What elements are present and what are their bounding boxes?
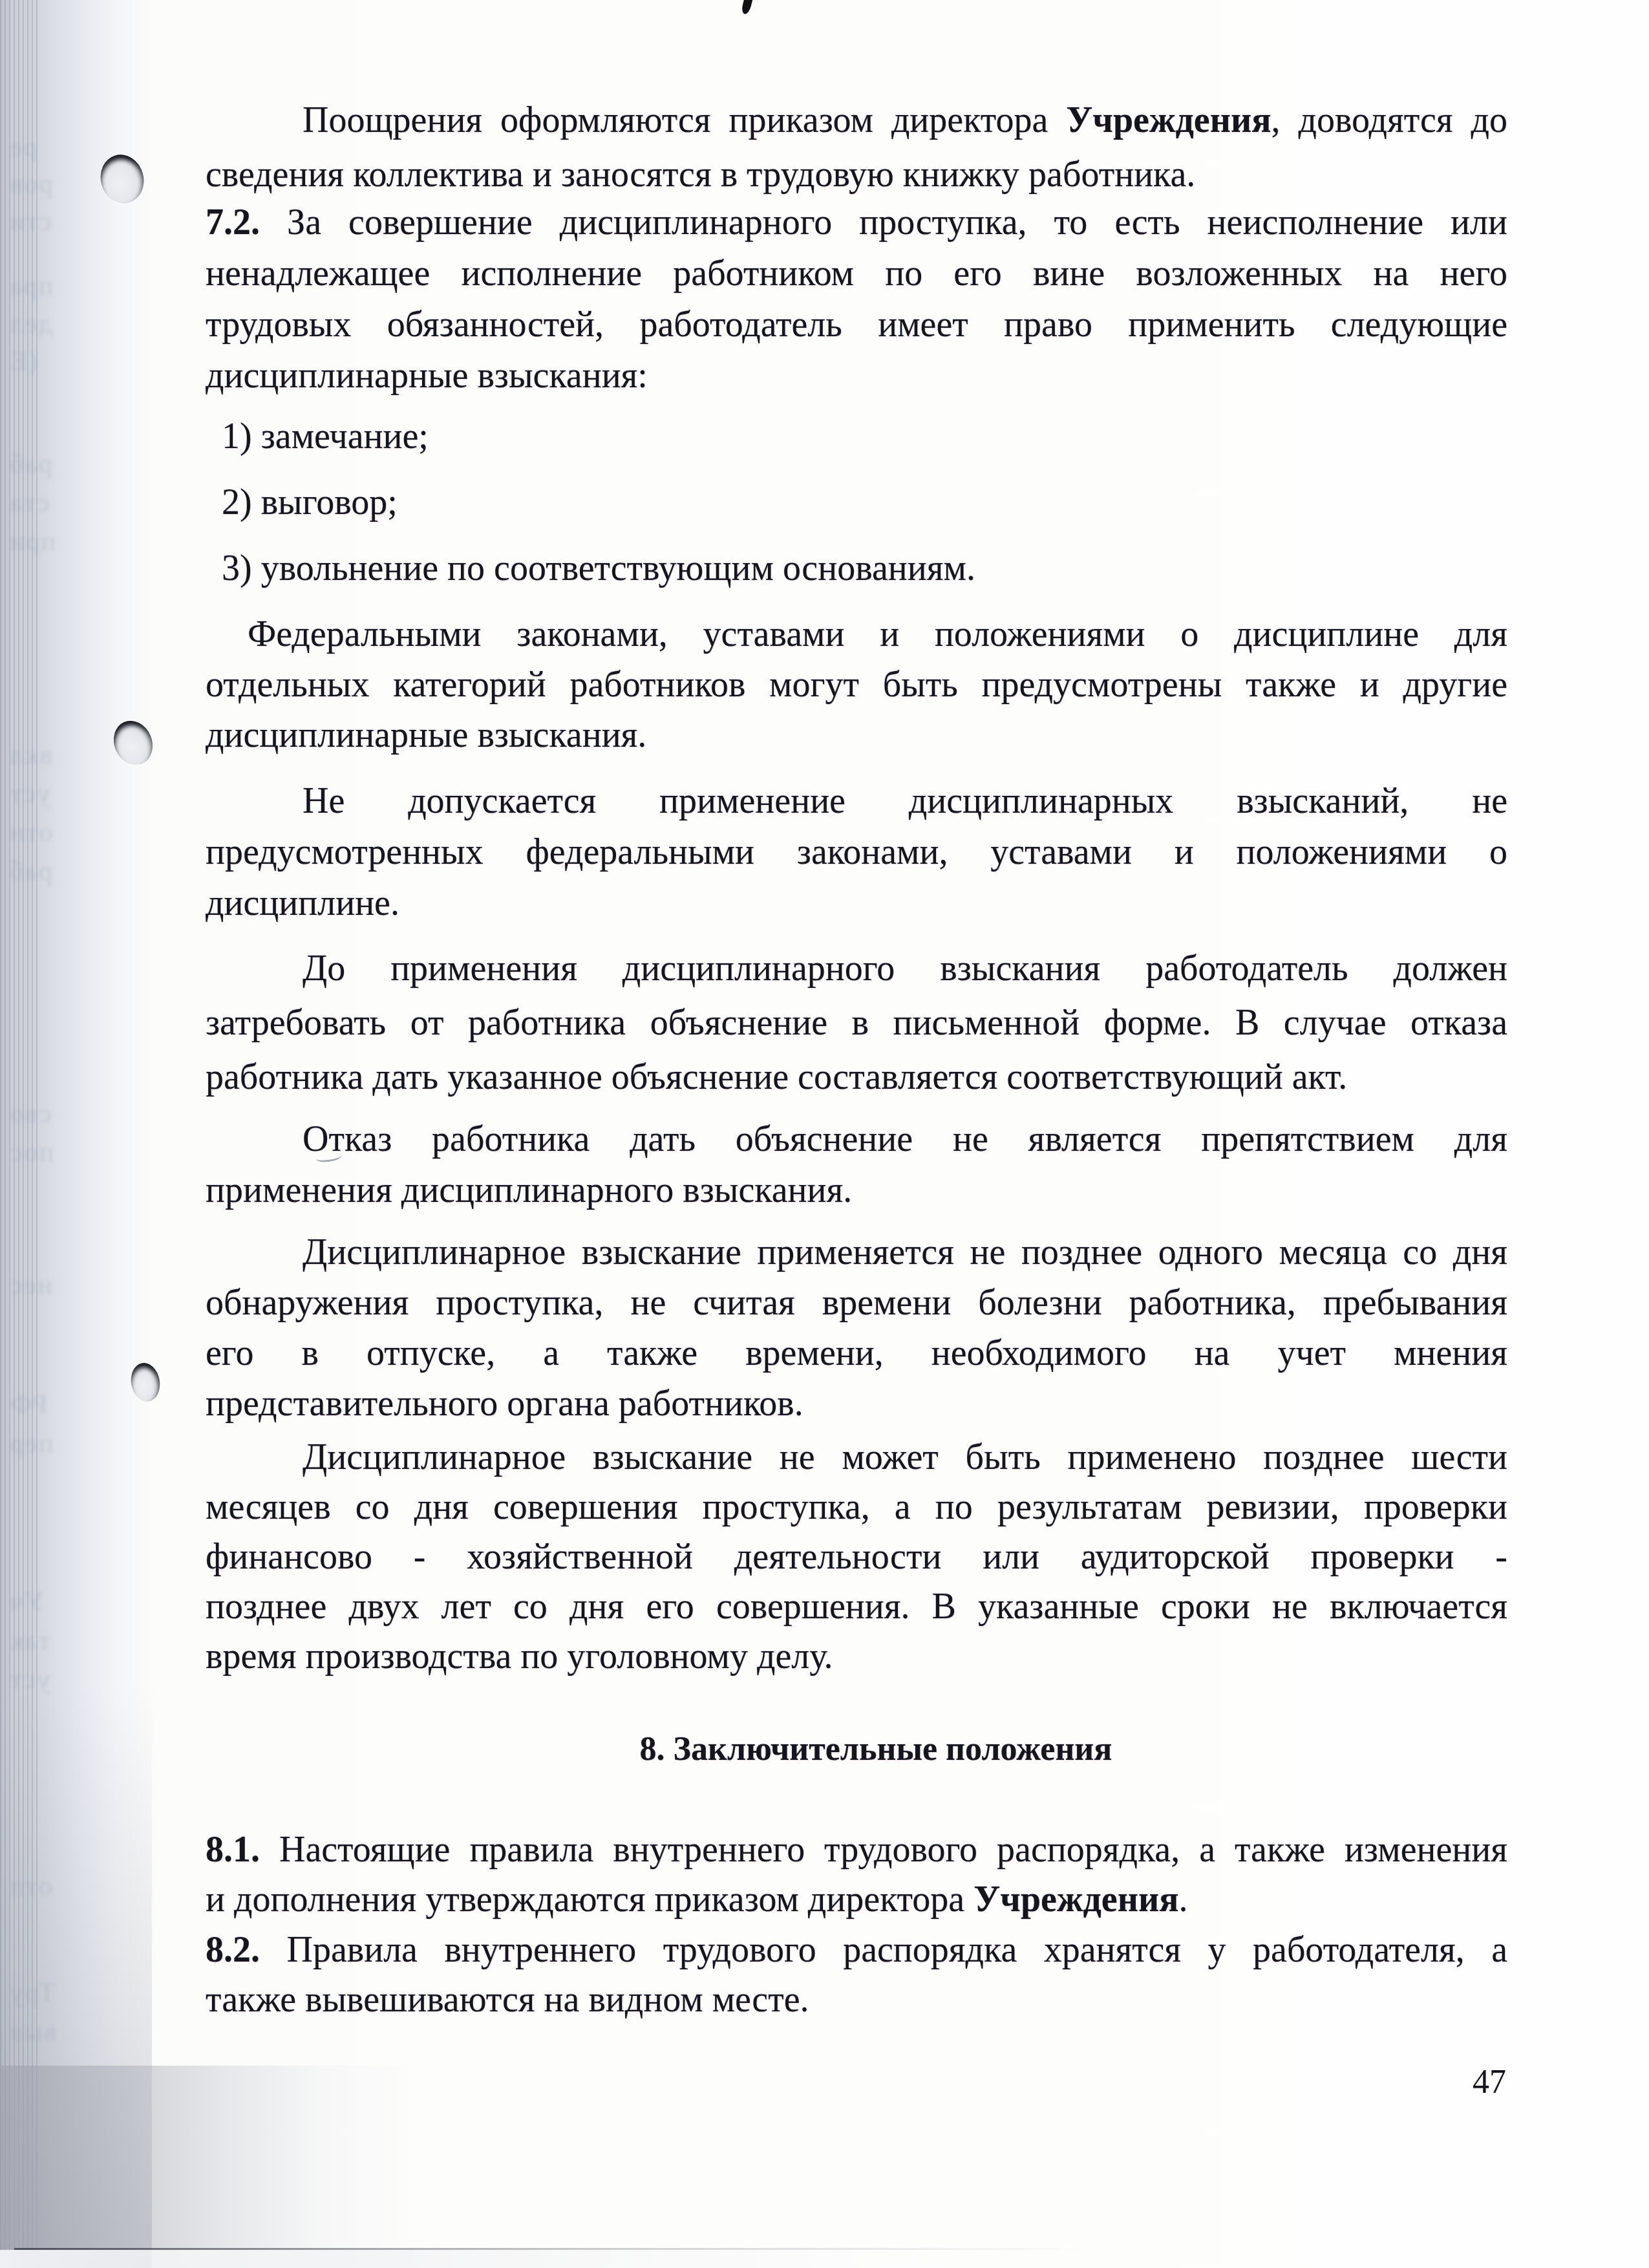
ghost-text: ре	[9, 133, 37, 162]
text-line: месяцев со дня совершения проступка, а п…	[206, 1482, 1507, 1532]
list-item-remark: 1) замечание;	[206, 409, 1507, 464]
text-line: работника дать указанное объяснение сост…	[206, 1050, 1507, 1104]
text-line: дисциплине.	[206, 878, 1507, 929]
text-segment: .	[1179, 1879, 1188, 1920]
text-line: и дополнения утверждаются приказом дирек…	[206, 1875, 1507, 1925]
paragraph-8-2: 8.2. Правила внутреннего трудового распо…	[206, 1925, 1507, 2025]
paragraph-not-allowed: Не допускается применение дисциплинарных…	[206, 776, 1507, 929]
text-line: Не допускается применение дисциплинарных…	[206, 776, 1507, 827]
ghost-text: вкл	[9, 740, 52, 770]
ghost-text: уст	[9, 1665, 50, 1695]
text-line: позднее двух лет со дня его совершения. …	[206, 1582, 1507, 1632]
text-line: Дисциплинарное взыскание применяется не …	[206, 1227, 1507, 1278]
scanned-document-page: ре ров сти пра дел (Е раб ста при вкл ус…	[0, 0, 1649, 2268]
ghost-text: пер	[9, 1429, 53, 1459]
ghost-text: отн	[9, 818, 52, 848]
paragraph-written-explanation: До применения дисциплинарного взыскания …	[206, 941, 1507, 1104]
document-text-block: Поощрения оформляются приказом директора…	[206, 0, 1507, 2268]
paragraph-one-month-limit: Дисциплинарное взыскание применяется не …	[206, 1227, 1507, 1429]
ghost-text: ста	[9, 488, 49, 518]
text-segment: , доводятся до	[1271, 100, 1507, 140]
text-segment: Поощрения оформляются приказом директора	[303, 100, 1066, 140]
text-line: применения дисциплинарного взыскания.	[206, 1165, 1507, 1216]
clause-number-8-1: 8.1.	[206, 1830, 260, 1870]
text-line: затребовать от работника объяснение в пи…	[206, 996, 1507, 1050]
text-line: 8.1. Настоящие правила внутреннего трудо…	[206, 1825, 1507, 1875]
bold-term-uchrezhdeniya: Учреждения	[1066, 100, 1271, 140]
text-line: До применения дисциплинарного взыскания …	[206, 941, 1507, 996]
text-line: представительного органа работников.	[206, 1378, 1507, 1429]
paragraph-8-1: 8.1. Настоящие правила внутреннего трудо…	[206, 1825, 1507, 1925]
text-line: обнаружения проступка, не считая времени…	[206, 1278, 1507, 1328]
ghost-text: при	[9, 527, 56, 557]
clause-number-7-2: 7.2.	[206, 202, 260, 242]
text-segment: Настоящие правила внутреннего трудового …	[260, 1830, 1507, 1870]
ghost-text: уст	[9, 779, 50, 809]
ghost-text: раб	[9, 449, 52, 479]
page-number: 47	[1473, 2060, 1506, 2105]
text-line: отдельных категорий работников могут быт…	[206, 659, 1507, 710]
text-segment: За совершение дисциплинарного проступка,…	[260, 202, 1507, 242]
ghost-text: так	[9, 1626, 50, 1656]
text-line: Дисциплинарное взыскание не может быть п…	[206, 1433, 1507, 1482]
text-line: его в отпуске, а также времени, необходи…	[206, 1328, 1507, 1378]
clause-number-8-2: 8.2.	[206, 1930, 260, 1970]
ghost-text: сти	[9, 207, 51, 237]
text-line: финансово - хозяйственной деятельности и…	[206, 1532, 1507, 1582]
bold-term-uchrezhdeniya: Учреждения	[973, 1879, 1178, 1920]
text-line: ненадлежащее исполнение работником по ег…	[206, 248, 1507, 299]
list-item-reprimand: 2) выговор;	[206, 475, 1507, 530]
paragraph-six-month-limit: Дисциплинарное взыскание не может быть п…	[206, 1433, 1507, 1682]
ghost-text: сво	[9, 1099, 51, 1129]
text-line: 8.2. Правила внутреннего трудового распо…	[206, 1925, 1507, 1975]
ghost-text: Тру	[9, 1978, 56, 2008]
text-line: дисциплинарные взыскания:	[206, 350, 1507, 401]
ghost-text: пос	[9, 1138, 54, 1168]
text-line: Поощрения оформляются приказом директора…	[206, 93, 1507, 147]
paragraph-federal-laws: Федеральными законами, уставами и положе…	[206, 609, 1507, 760]
ghost-text: дел	[9, 309, 52, 339]
ghost-text: отп	[9, 1872, 52, 1901]
text-line: сведения коллектива и заносятся в трудов…	[206, 147, 1507, 202]
text-line: предусмотренных федеральными законами, у…	[206, 827, 1507, 878]
ghost-text: РФ	[9, 1390, 48, 1420]
text-line: трудовых обязанностей, работодатель имее…	[206, 299, 1507, 350]
paragraph-refusal: Отказ работника дать объяснение не являе…	[206, 1114, 1507, 1216]
text-line: 7.2. За совершение дисциплинарного прост…	[206, 197, 1507, 248]
text-line: Федеральными законами, уставами и положе…	[206, 609, 1507, 659]
text-line: дисциплинарные взыскания.	[206, 710, 1507, 760]
paragraph-incentives: Поощрения оформляются приказом директора…	[206, 93, 1507, 202]
list-item-dismissal: 3) увольнение по соответствующим основан…	[206, 541, 1507, 595]
text-line: время производства по уголовному делу.	[206, 1632, 1507, 1682]
text-line: также вывешиваются на видном месте.	[206, 1975, 1507, 2025]
ghost-text: пра	[9, 272, 53, 301]
paragraph-7-2: 7.2. За совершение дисциплинарного прост…	[206, 197, 1507, 401]
ghost-text: Уч	[9, 1587, 45, 1617]
text-line: Отказ работника дать объяснение не являе…	[206, 1114, 1507, 1165]
ghost-text: (Е	[9, 347, 37, 376]
text-segment: Правила внутреннего трудового распорядка…	[260, 1930, 1507, 1970]
ghost-text: нес	[9, 1270, 52, 1300]
ghost-text: ров	[9, 169, 53, 199]
text-segment: и дополнения утверждаются приказом дирек…	[206, 1879, 973, 1920]
ghost-text: выв	[9, 2017, 57, 2047]
ghost-text: раб	[9, 857, 52, 886]
section-heading-final-provisions: 8. Заключительные положения	[206, 1727, 1527, 1772]
